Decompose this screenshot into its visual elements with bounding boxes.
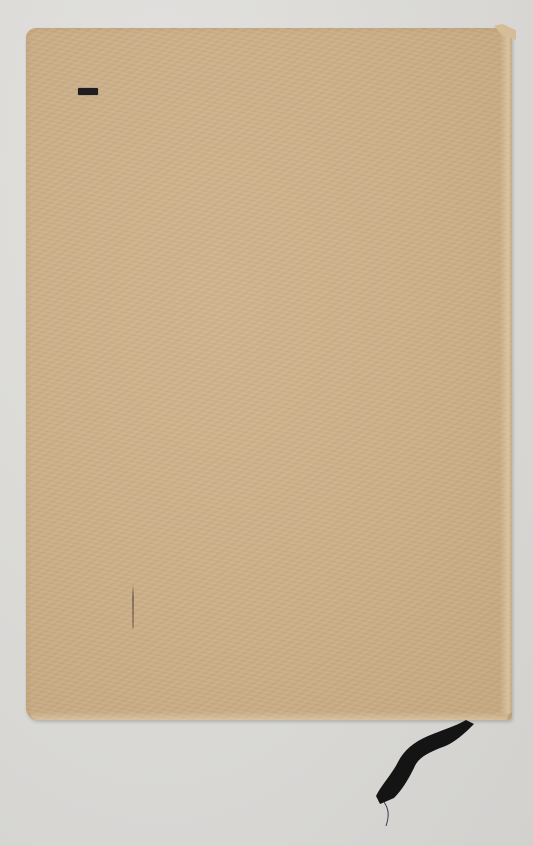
ribbon-bookmark [370,718,480,828]
right-edge-wear [500,34,512,714]
small-black-label [78,88,98,95]
paper-texture [26,28,512,720]
book-cover [26,28,512,720]
scratch-mark [132,584,134,628]
